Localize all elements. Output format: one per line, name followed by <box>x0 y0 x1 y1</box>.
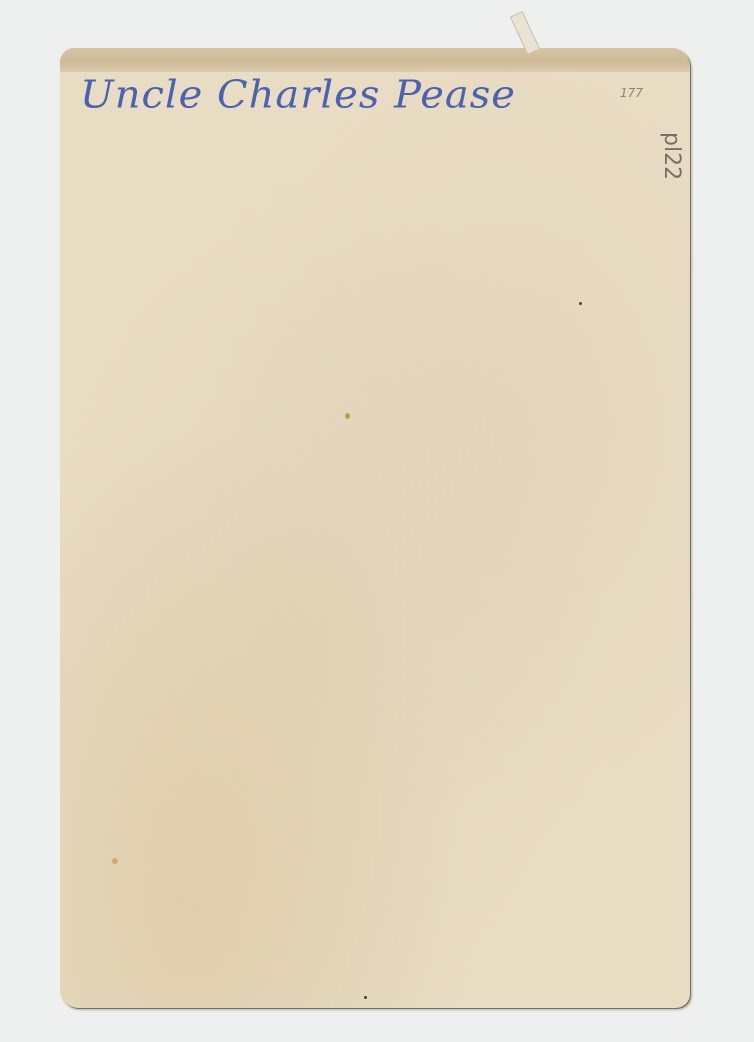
stain <box>345 413 350 419</box>
handwritten-inscription: Uncle Charles Pease <box>80 73 516 117</box>
photo-card-back <box>60 48 690 1008</box>
dot <box>579 302 582 305</box>
dot <box>364 996 367 999</box>
catalog-number: 177 <box>620 86 643 100</box>
stain <box>112 858 118 864</box>
aged-top-strip <box>60 48 690 72</box>
pencil-note: pl22 <box>659 132 684 180</box>
